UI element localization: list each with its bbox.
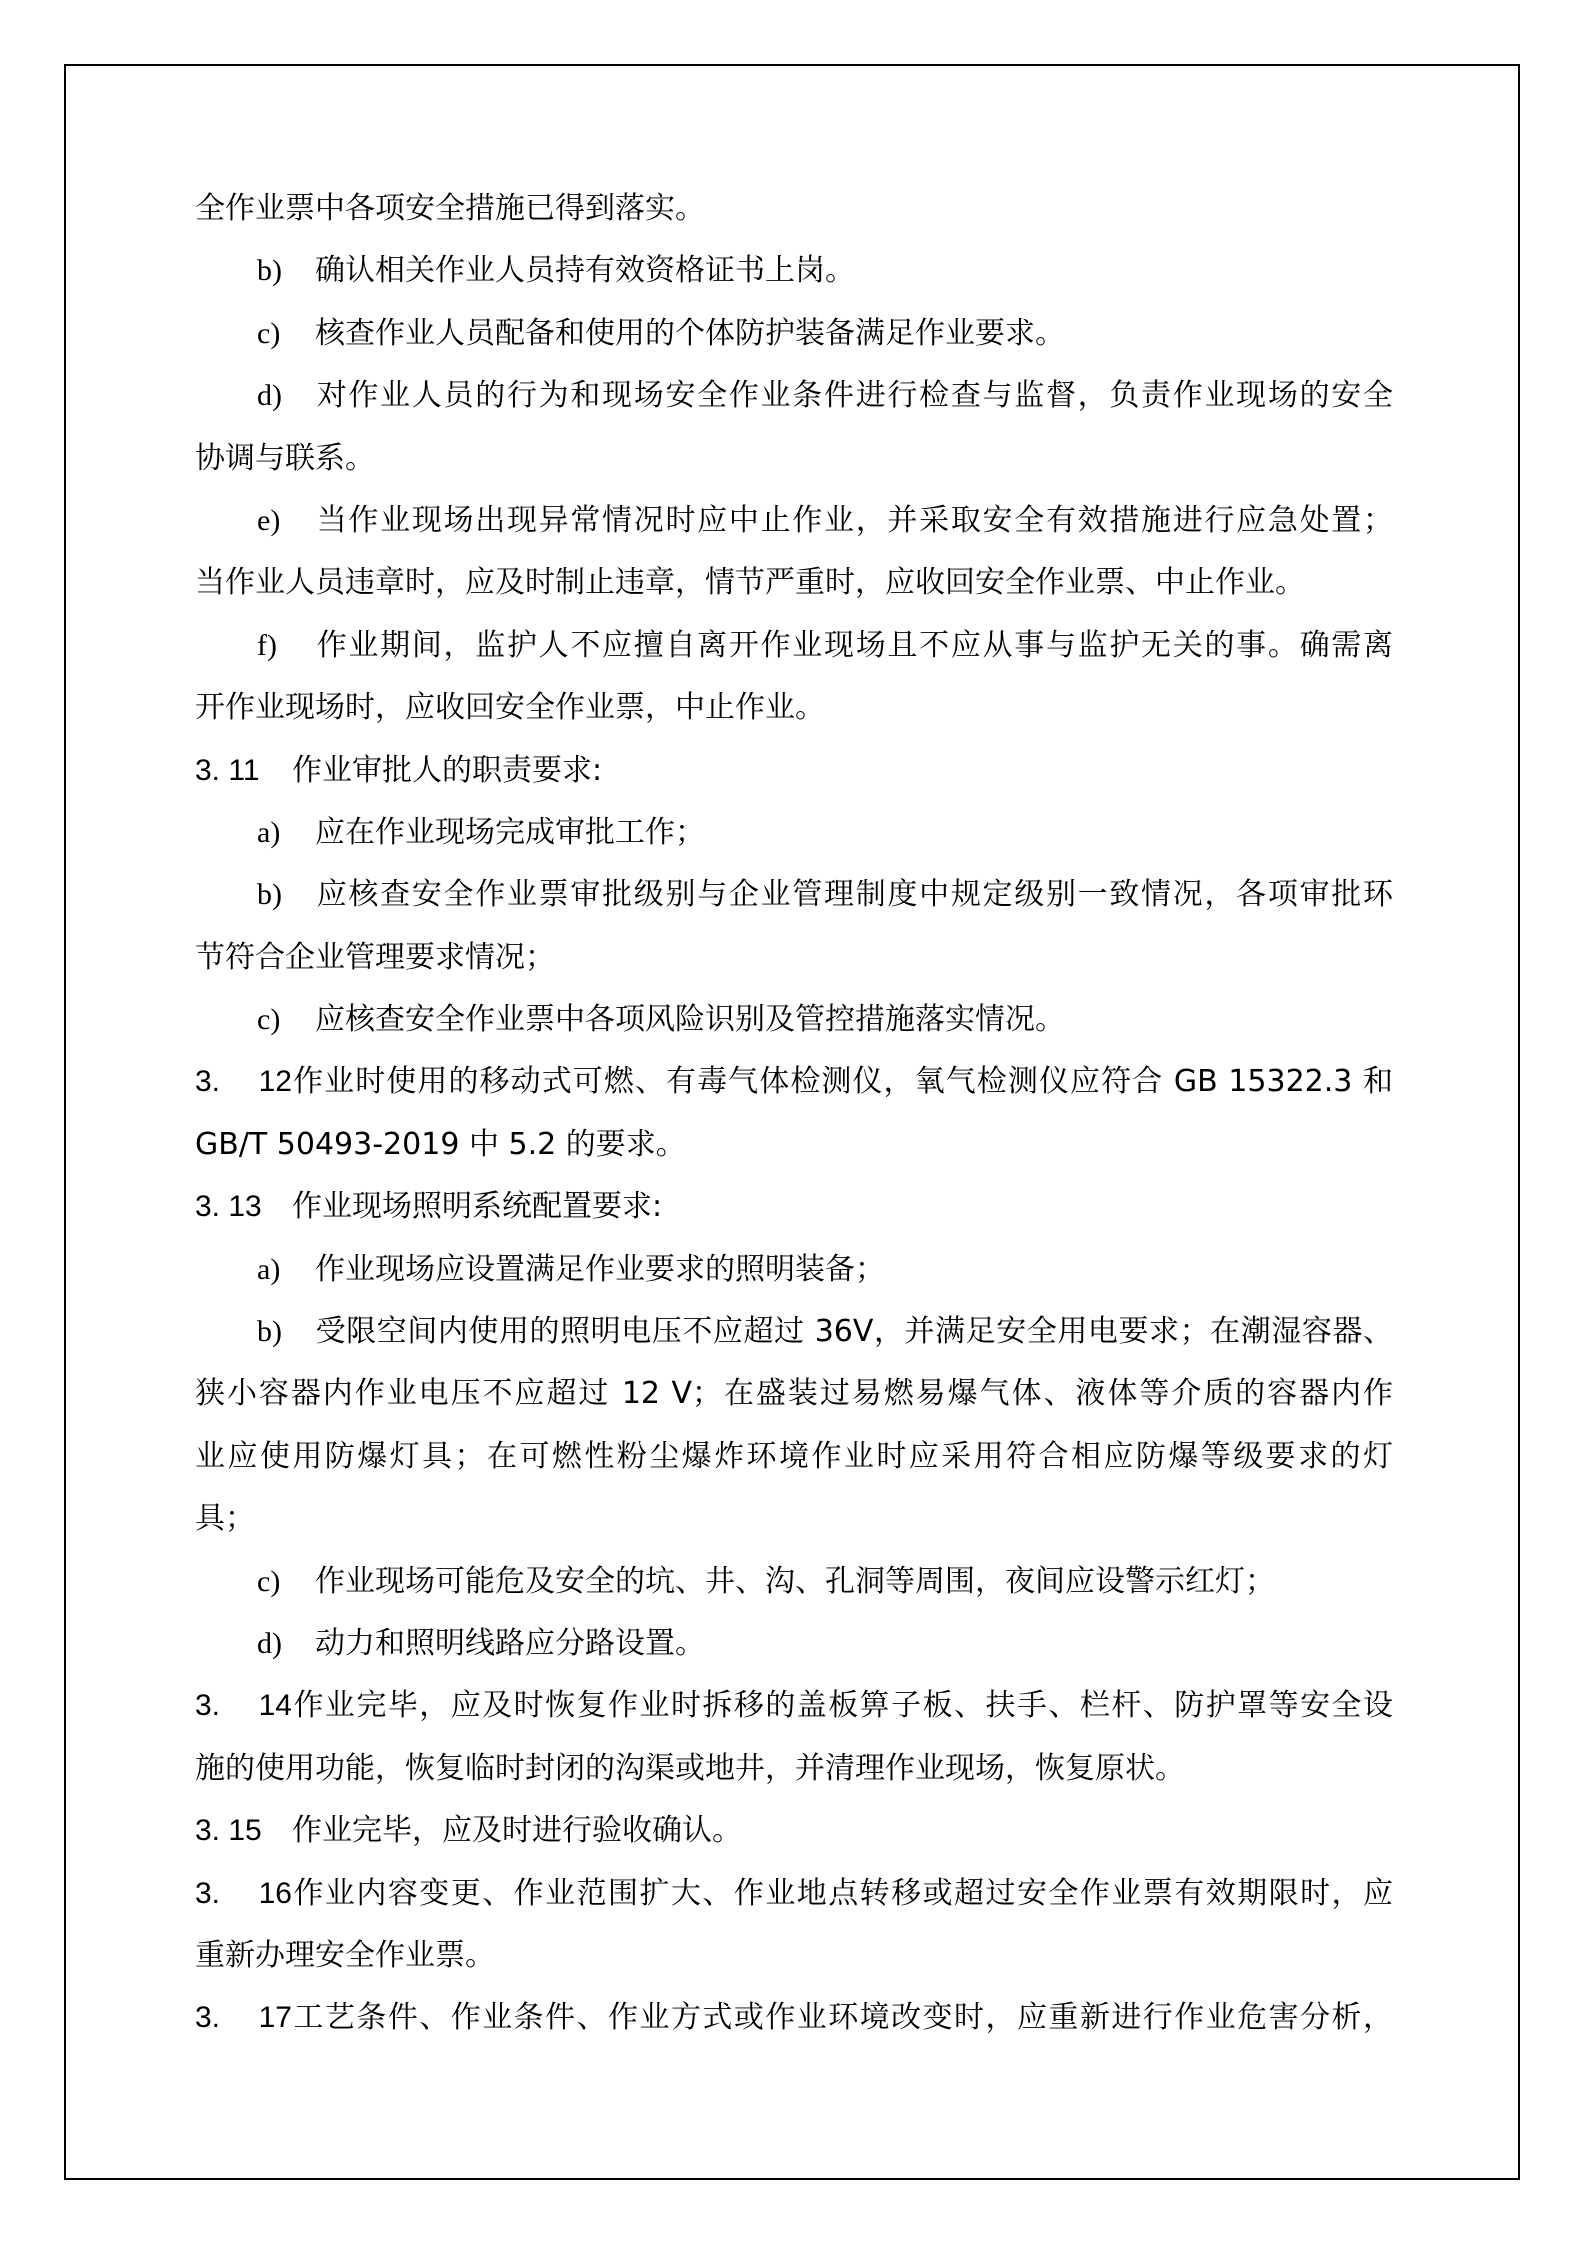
list-item-label: a) bbox=[257, 802, 315, 864]
paragraph-text: 受限空间内使用的照明电压不应超过 36V，并满足安全用电要求；在潮湿容器、 bbox=[315, 1314, 1393, 1349]
list-item-label: c) bbox=[257, 989, 315, 1051]
paragraph-text: 应在作业现场完成审批工作； bbox=[315, 815, 705, 850]
paragraph-text: 节符合企业管理要求情况； bbox=[195, 940, 555, 975]
paragraph-text: 施的使用功能，恢复临时封闭的沟渠或地井，并清理作业现场，恢复原状。 bbox=[195, 1751, 1185, 1786]
section-clause-line: 3. 16作业内容变更、作业范围扩大、作业地点转移或超过安全作业票有效期限时，应 bbox=[195, 1863, 1393, 1925]
section-clause-line: 3. 14作业完毕，应及时恢复作业时拆移的盖板箅子板、扶手、栏杆、防护罩等安全设 bbox=[195, 1675, 1393, 1737]
list-item-line: f)作业期间，监护人不应擅自离开作业现场且不应从事与监护无关的事。确需离 bbox=[195, 615, 1393, 677]
paragraph-text: 重新办理安全作业票。 bbox=[195, 1938, 495, 1973]
paragraph-text: 作业完毕，应及时进行验收确认。 bbox=[292, 1813, 742, 1848]
continuation-line: 开作业现场时，应收回安全作业票，中止作业。 bbox=[195, 677, 1393, 739]
list-item-line: a)应在作业现场完成审批工作； bbox=[195, 802, 1393, 864]
list-item-line: c)应核查安全作业票中各项风险识别及管控措施落实情况。 bbox=[195, 989, 1393, 1051]
document-body: 全作业票中各项安全措施已得到落实。b)确认相关作业人员持有效资格证书上岗。c)核… bbox=[195, 178, 1393, 2050]
continuation-line: 全作业票中各项安全措施已得到落实。 bbox=[195, 178, 1393, 240]
list-item-label: a) bbox=[257, 1239, 315, 1301]
paragraph-text: 全作业票中各项安全措施已得到落实。 bbox=[195, 191, 705, 226]
paragraph-text: 当作业人员违章时，应及时制止违章，情节严重时，应收回安全作业票、中止作业。 bbox=[195, 565, 1305, 600]
list-item-line: d)动力和照明线路应分路设置。 bbox=[195, 1613, 1393, 1675]
section-number: 3. 11 bbox=[195, 740, 292, 802]
list-item-label: f) bbox=[257, 615, 315, 677]
paragraph-text: 作业完毕，应及时恢复作业时拆移的盖板箅子板、扶手、栏杆、防护罩等安全设 bbox=[292, 1688, 1393, 1723]
continuation-line: 重新办理安全作业票。 bbox=[195, 1925, 1393, 1987]
paragraph-text: GB/T 50493-2019 中 5.2 的要求。 bbox=[195, 1127, 686, 1162]
list-item-line: b)应核查安全作业票审批级别与企业管理制度中规定级别一致情况，各项审批环 bbox=[195, 864, 1393, 926]
list-item-line: b)确认相关作业人员持有效资格证书上岗。 bbox=[195, 240, 1393, 302]
list-item-label: d) bbox=[257, 1613, 315, 1675]
list-item-label: d) bbox=[257, 365, 315, 427]
list-item-line: c)作业现场可能危及安全的坑、井、沟、孔洞等周围，夜间应设警示红灯； bbox=[195, 1551, 1393, 1613]
paragraph-text: 作业审批人的职责要求: bbox=[292, 753, 602, 788]
paragraph-text: 具； bbox=[195, 1501, 255, 1536]
paragraph-text: 作业现场照明系统配置要求: bbox=[292, 1189, 662, 1224]
section-number: 3. 14 bbox=[195, 1675, 292, 1737]
section-clause-line: 3. 11作业审批人的职责要求: bbox=[195, 740, 1393, 802]
list-item-label: b) bbox=[257, 1301, 315, 1363]
continuation-line: 具； bbox=[195, 1488, 1393, 1550]
paragraph-text: 业应使用防爆灯具；在可燃性粉尘爆炸环境作业时应采用符合相应防爆等级要求的灯 bbox=[195, 1439, 1393, 1474]
section-clause-line: 3. 17工艺条件、作业条件、作业方式或作业环境改变时，应重新进行作业危害分析， bbox=[195, 1987, 1393, 2049]
paragraph-text: 核查作业人员配备和使用的个体防护装备满足作业要求。 bbox=[315, 316, 1065, 351]
paragraph-text: 应核查安全作业票中各项风险识别及管控措施落实情况。 bbox=[315, 1002, 1065, 1037]
paragraph-text: 开作业现场时，应收回安全作业票，中止作业。 bbox=[195, 690, 825, 725]
paragraph-text: 动力和照明线路应分路设置。 bbox=[315, 1626, 705, 1661]
list-item-label: e) bbox=[257, 490, 315, 552]
paragraph-text: 作业现场应设置满足作业要求的照明装备； bbox=[315, 1252, 885, 1287]
continuation-line: GB/T 50493-2019 中 5.2 的要求。 bbox=[195, 1114, 1393, 1176]
paragraph-text: 确认相关作业人员持有效资格证书上岗。 bbox=[315, 253, 855, 288]
list-item-line: a)作业现场应设置满足作业要求的照明装备； bbox=[195, 1239, 1393, 1301]
section-clause-line: 3. 13作业现场照明系统配置要求: bbox=[195, 1176, 1393, 1238]
list-item-line: b)受限空间内使用的照明电压不应超过 36V，并满足安全用电要求；在潮湿容器、 bbox=[195, 1301, 1393, 1363]
paragraph-text: 作业现场可能危及安全的坑、井、沟、孔洞等周围，夜间应设警示红灯； bbox=[315, 1564, 1275, 1599]
section-clause-line: 3. 12作业时使用的移动式可燃、有毒气体检测仪，氧气检测仪应符合 GB 153… bbox=[195, 1051, 1393, 1113]
paragraph-text: 工艺条件、作业条件、作业方式或作业环境改变时，应重新进行作业危害分析， bbox=[292, 2000, 1393, 2035]
continuation-line: 狭小容器内作业电压不应超过 12 V；在盛装过易燃易爆气体、液体等介质的容器内作 bbox=[195, 1363, 1393, 1425]
section-number: 3. 15 bbox=[195, 1800, 292, 1862]
list-item-label: c) bbox=[257, 303, 315, 365]
paragraph-text: 应核查安全作业票审批级别与企业管理制度中规定级别一致情况，各项审批环 bbox=[315, 877, 1393, 912]
list-item-line: e)当作业现场出现异常情况时应中止作业，并采取安全有效措施进行应急处置； bbox=[195, 490, 1393, 552]
list-item-line: c)核查作业人员配备和使用的个体防护装备满足作业要求。 bbox=[195, 303, 1393, 365]
continuation-line: 施的使用功能，恢复临时封闭的沟渠或地井，并清理作业现场，恢复原状。 bbox=[195, 1738, 1393, 1800]
continuation-line: 业应使用防爆灯具；在可燃性粉尘爆炸环境作业时应采用符合相应防爆等级要求的灯 bbox=[195, 1426, 1393, 1488]
paragraph-text: 对作业人员的行为和现场安全作业条件进行检查与监督，负责作业现场的安全 bbox=[315, 378, 1393, 413]
list-item-label: b) bbox=[257, 864, 315, 926]
paragraph-text: 作业时使用的移动式可燃、有毒气体检测仪，氧气检测仪应符合 GB 15322.3 … bbox=[292, 1064, 1393, 1099]
section-number: 3. 12 bbox=[195, 1051, 292, 1113]
continuation-line: 当作业人员违章时，应及时制止违章，情节严重时，应收回安全作业票、中止作业。 bbox=[195, 552, 1393, 614]
section-number: 3. 16 bbox=[195, 1863, 292, 1925]
list-item-label: c) bbox=[257, 1551, 315, 1613]
list-item-line: d)对作业人员的行为和现场安全作业条件进行检查与监督，负责作业现场的安全 bbox=[195, 365, 1393, 427]
continuation-line: 节符合企业管理要求情况； bbox=[195, 927, 1393, 989]
section-number: 3. 17 bbox=[195, 1987, 292, 2049]
section-clause-line: 3. 15作业完毕，应及时进行验收确认。 bbox=[195, 1800, 1393, 1862]
paragraph-text: 作业期间，监护人不应擅自离开作业现场且不应从事与监护无关的事。确需离 bbox=[315, 628, 1393, 663]
paragraph-text: 协调与联系。 bbox=[195, 441, 375, 476]
paragraph-text: 狭小容器内作业电压不应超过 12 V；在盛装过易燃易爆气体、液体等介质的容器内作 bbox=[195, 1376, 1393, 1411]
continuation-line: 协调与联系。 bbox=[195, 428, 1393, 490]
paragraph-text: 作业内容变更、作业范围扩大、作业地点转移或超过安全作业票有效期限时，应 bbox=[292, 1876, 1393, 1911]
section-number: 3. 13 bbox=[195, 1176, 292, 1238]
paragraph-text: 当作业现场出现异常情况时应中止作业，并采取安全有效措施进行应急处置； bbox=[315, 503, 1393, 538]
list-item-label: b) bbox=[257, 240, 315, 302]
